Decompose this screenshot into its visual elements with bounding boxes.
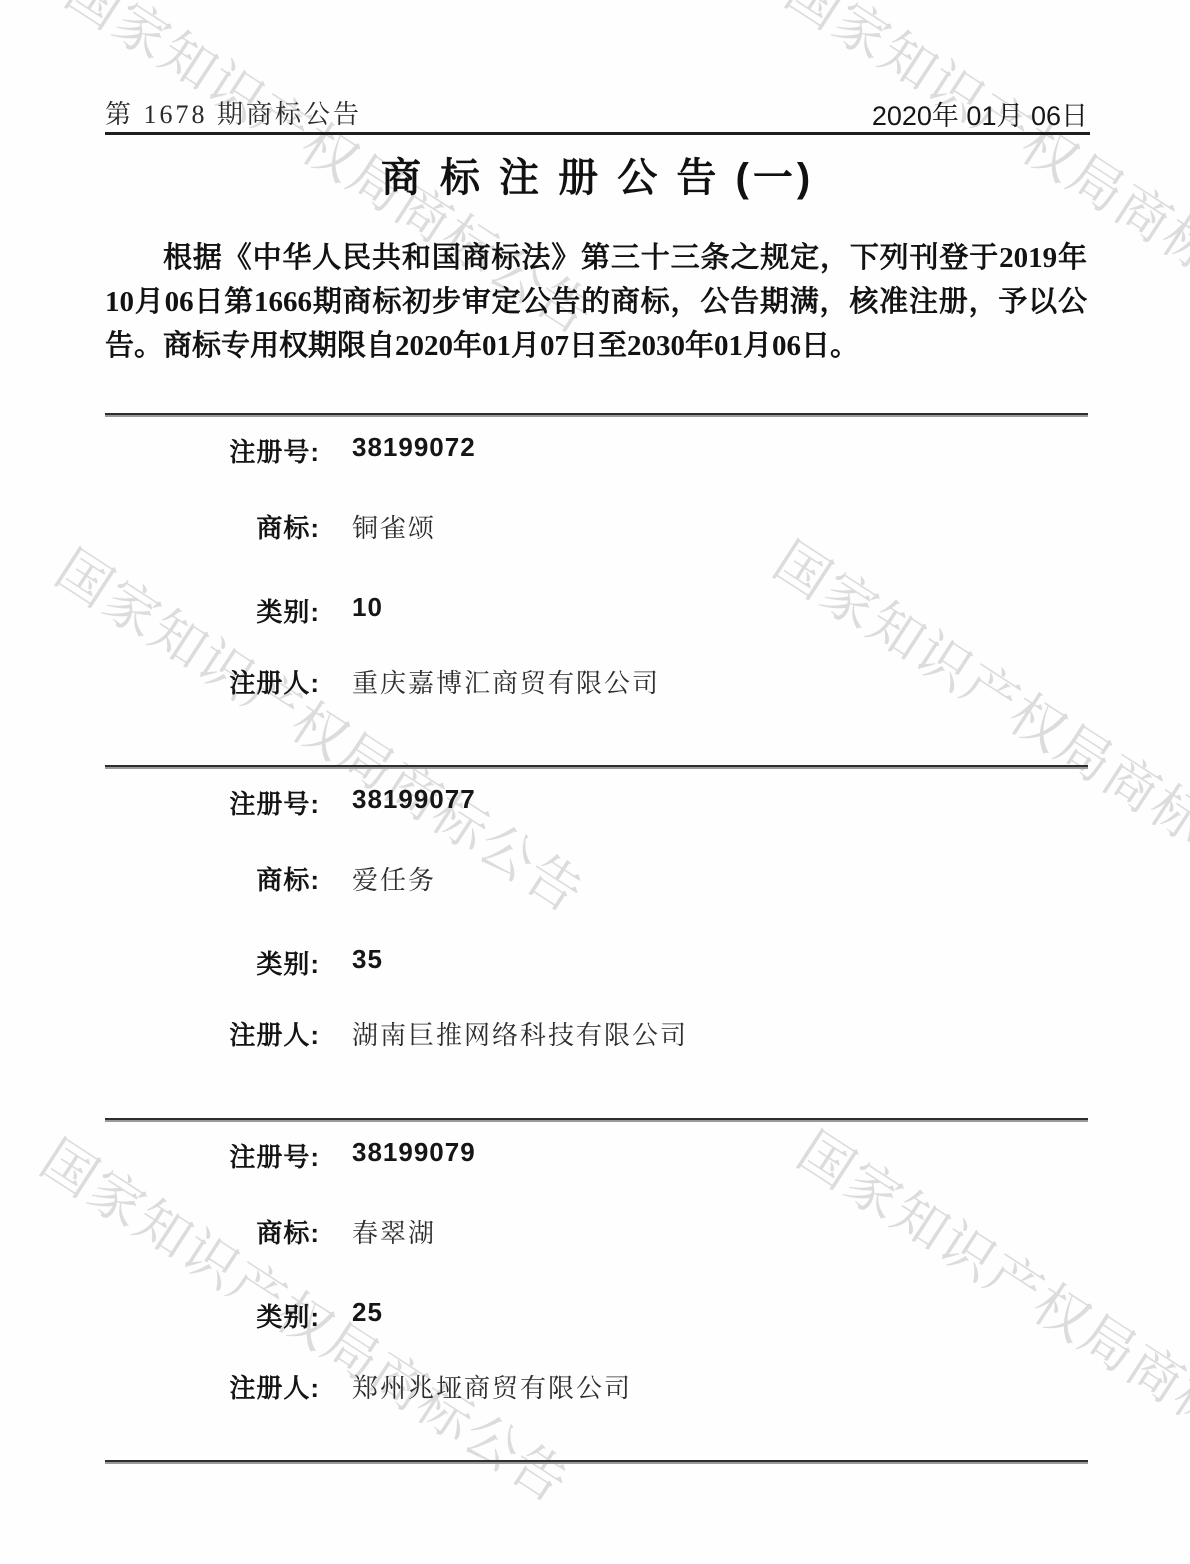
- record-separator: [105, 765, 1088, 767]
- category-label: 类别:: [105, 592, 320, 629]
- registrant-value: 郑州兆垭商贸有限公司: [352, 1368, 632, 1405]
- record-separator: [105, 1118, 1088, 1120]
- reg-no-row: 注册号: 38199072: [105, 432, 1090, 466]
- category-value: 10: [352, 592, 383, 623]
- category-label: 类别:: [105, 1297, 320, 1334]
- registrant-row: 注册人: 湖南巨推网络科技有限公司: [105, 1015, 1090, 1049]
- gazette-page: 国家知识产权局商标公告 国家知识产权局商标公告 国家知识产权局商标公告 国家知识…: [0, 0, 1190, 1564]
- trademark-row: 商标: 春翠湖: [105, 1213, 1090, 1247]
- trademark-value: 爱任务: [352, 860, 436, 897]
- registrant-label: 注册人:: [105, 1368, 320, 1405]
- reg-no-row: 注册号: 38199079: [105, 1137, 1090, 1171]
- reg-no-row: 注册号: 38199077: [105, 784, 1090, 818]
- category-label: 类别:: [105, 944, 320, 981]
- trademark-record: 注册号: 38199072 商标: 铜雀颂 类别: 10 注册人: 重庆嘉博汇商…: [105, 413, 1090, 765]
- category-value: 35: [352, 944, 383, 975]
- registrant-row: 注册人: 重庆嘉博汇商贸有限公司: [105, 663, 1090, 697]
- registrant-label: 注册人:: [105, 1015, 320, 1052]
- reg-no-label: 注册号:: [105, 784, 320, 821]
- record-separator: [105, 413, 1088, 415]
- gazette-date: 2020年 01月 06日: [872, 94, 1088, 133]
- trademark-record: 注册号: 38199077 商标: 爱任务 类别: 35 注册人: 湖南巨推网络…: [105, 765, 1090, 1117]
- trademark-row: 商标: 铜雀颂: [105, 508, 1090, 542]
- category-value: 25: [352, 1297, 383, 1328]
- category-row: 类别: 10: [105, 592, 1090, 626]
- header-rule: [105, 132, 1090, 135]
- page-title: 商 标 注 册 公 告 (一): [105, 146, 1090, 203]
- intro-paragraph: 根据《中华人民共和国商标法》第三十三条之规定，下列刊登于2019年10月06日第…: [105, 236, 1087, 368]
- trademark-row: 商标: 爱任务: [105, 860, 1090, 894]
- category-row: 类别: 25: [105, 1297, 1090, 1331]
- reg-no-value: 38199079: [352, 1137, 476, 1168]
- trademark-value: 春翠湖: [352, 1213, 436, 1250]
- page-content: 第 1678 期商标公告 2020年 01月 06日 商 标 注 册 公 告 (…: [0, 0, 1190, 1564]
- trademark-label: 商标:: [105, 860, 320, 897]
- bottom-rule: [105, 1460, 1088, 1462]
- registrant-value: 重庆嘉博汇商贸有限公司: [352, 663, 660, 700]
- reg-no-label: 注册号:: [105, 432, 320, 469]
- registrant-row: 注册人: 郑州兆垭商贸有限公司: [105, 1368, 1090, 1402]
- gazette-issue-label: 第 1678 期商标公告: [105, 94, 362, 131]
- category-row: 类别: 35: [105, 944, 1090, 978]
- registrant-label: 注册人:: [105, 663, 320, 700]
- reg-no-value: 38199077: [352, 784, 476, 815]
- trademark-label: 商标:: [105, 508, 320, 545]
- reg-no-value: 38199072: [352, 432, 476, 463]
- trademark-label: 商标:: [105, 1213, 320, 1250]
- trademark-record: 注册号: 38199079 商标: 春翠湖 类别: 25 注册人: 郑州兆垭商贸…: [105, 1118, 1090, 1470]
- registrant-value: 湖南巨推网络科技有限公司: [352, 1015, 688, 1052]
- reg-no-label: 注册号:: [105, 1137, 320, 1174]
- trademark-value: 铜雀颂: [352, 508, 436, 545]
